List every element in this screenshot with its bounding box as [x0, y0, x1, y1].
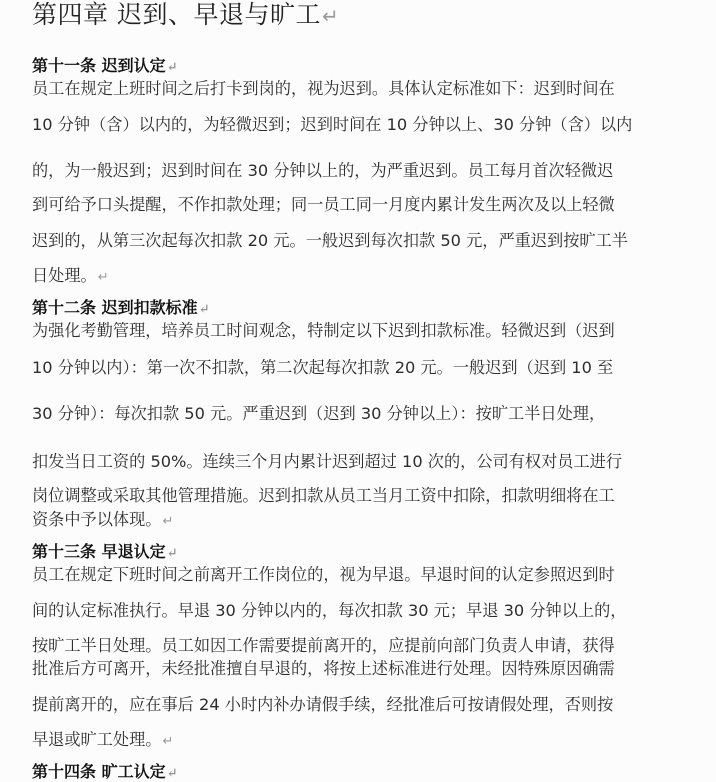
article-14-title: 第十四条 旷工认定↵ — [32, 762, 177, 782]
article-11-line: 到可给予口头提醒，不作扣款处理；同一员工同一月度内累计发生两次及以上轻微 — [32, 195, 615, 215]
line-text: 早退或旷工处理。 — [32, 730, 162, 749]
article-12-line: 为强化考勤管理，培养员工时间观念，特制定以下迟到扣款标准。轻微迟到（迟到 — [32, 321, 615, 341]
article-13-line-last: 早退或旷工处理。↵ — [32, 730, 173, 752]
article-13-line: 按旷工半日处理。员工如因工作需要提前离开的，应提前向部门负责人申请，获得 — [32, 636, 615, 656]
article-11-line: 10 分钟（含）以内的，为轻微迟到；迟到时间在 10 分钟以上、30 分钟（含）… — [32, 115, 632, 135]
paragraph-mark-icon: ↵ — [98, 270, 109, 285]
chapter-title-text: 第四章 迟到、早退与旷工 — [32, 0, 321, 29]
chapter-title: 第四章 迟到、早退与旷工↵ — [32, 0, 339, 31]
article-12-line: 岗位调整或采取其他管理措施。迟到扣款从员工当月工资中扣除，扣款明细将在工 — [32, 486, 615, 506]
article-12-title: 第十二条 迟到扣款标准↵ — [32, 298, 209, 320]
paragraph-mark-icon: ↵ — [167, 766, 178, 781]
line-text: 资条中予以体现。 — [32, 510, 162, 529]
article-title-text: 第十四条 旷工认定 — [32, 762, 166, 781]
article-title-text: 第十三条 早退认定 — [32, 542, 166, 561]
article-11-line: 迟到的，从第三次起每次扣款 20 元。一般迟到每次扣款 50 元，严重迟到按旷工… — [32, 231, 628, 251]
article-12-line: 10 分钟以内）：第一次不扣款，第二次起每次扣款 20 元。一般迟到（迟到 10… — [32, 358, 613, 378]
article-11-line: 的，为一般迟到；迟到时间在 30 分钟以上的，为严重迟到。员工每月首次轻微迟 — [32, 161, 613, 181]
paragraph-mark-icon: ↵ — [167, 546, 178, 561]
article-11-line: 员工在规定上班时间之后打卡到岗的，视为迟到。具体认定标准如下：迟到时间在 — [32, 79, 615, 99]
article-12-line-last: 资条中予以体现。↵ — [32, 510, 173, 532]
article-13-title: 第十三条 早退认定↵ — [32, 542, 177, 564]
article-12-line: 扣发当日工资的 50%。连续三个月内累计迟到超过 10 次的，公司有权对员工进行 — [32, 452, 622, 472]
paragraph-mark-icon: ↵ — [163, 734, 174, 749]
article-12-line: 30 分钟）：每次扣款 50 元。严重迟到（迟到 30 分钟以上）：按旷工半日处… — [32, 404, 605, 424]
article-title-text: 第十一条 迟到认定 — [32, 56, 166, 75]
paragraph-mark-icon: ↵ — [167, 60, 178, 75]
article-title-text: 第十二条 迟到扣款标准 — [32, 298, 198, 317]
paragraph-mark-icon: ↵ — [322, 4, 339, 28]
article-13-line: 员工在规定下班时间之前离开工作岗位的，视为早退。早退时间的认定参照迟到时 — [32, 565, 615, 585]
article-11-title: 第十一条 迟到认定↵ — [32, 56, 177, 78]
article-11-line-last: 日处理。↵ — [32, 266, 109, 288]
paragraph-mark-icon: ↵ — [163, 514, 174, 529]
article-13-line: 间的认定标准执行。早退 30 分钟以内的，每次扣款 30 元；早退 30 分钟以… — [32, 601, 626, 621]
paragraph-mark-icon: ↵ — [199, 302, 210, 317]
article-13-line: 提前离开的，应在事后 24 小时内补办请假手续，经批准后可按请假处理，否则按 — [32, 695, 613, 715]
article-13-line: 批准后方可离开，未经批准擅自早退的，将按上述标准进行处理。因特殊原因确需 — [32, 659, 615, 679]
line-text: 日处理。 — [32, 266, 97, 285]
